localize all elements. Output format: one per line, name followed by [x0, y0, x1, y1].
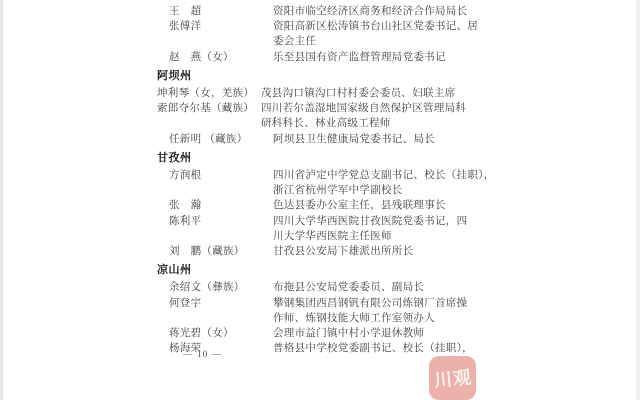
person-title: 普格县中学校党委副书记、校长（挂职）， — [273, 341, 505, 356]
person-title: 四川若尔盖湿地国家级自然保护区管理局科 研科科长、林业高级工程师 — [261, 101, 505, 131]
person-name: 何登宇 — [157, 296, 273, 311]
person-title: 布拖县公安局党委委员、副局长 — [273, 280, 505, 295]
person-name: 蒋光碧（女） — [157, 326, 273, 341]
person-title: 茂县沟口镇沟口村村委会委员、妇联主席 — [261, 86, 505, 101]
person-title: 资阳市临空经济区商务和经济合作局局长 — [273, 4, 505, 19]
entry-row: 何登宇 攀钢集团西昌钢钒有限公司炼钢厂首席操 作师、炼钢技能大师工作室领办人 — [157, 296, 505, 326]
entry-row: 蒋光碧（女） 会理市益门镇中村小学退休教师 — [157, 326, 505, 341]
person-title: 攀钢集团西昌钢钒有限公司炼钢厂首席操 作师、炼钢技能大师工作室领办人 — [273, 296, 505, 326]
entry-row: 王 超 资阳市临空经济区商务和经济合作局局长 — [157, 4, 505, 19]
person-name: 坤利琴（女，羌族） — [157, 86, 261, 101]
person-name: 索郎夺尔基（藏族） — [157, 101, 261, 116]
person-title: 色达县委办公室主任，县残联理事长 — [273, 198, 505, 213]
person-title: 乐至县国有资产监督管理局党委书记 — [273, 50, 505, 65]
person-name: 余绍文（彝族） — [157, 280, 273, 295]
person-name: 刘 鹏（藏族） — [157, 244, 273, 259]
person-name: 方润根 — [157, 168, 273, 183]
person-name: 王 超 — [157, 4, 273, 19]
person-name: 赵 燕（女） — [157, 50, 273, 65]
region-header-ganzi: 甘孜州 — [157, 151, 505, 166]
document-page: 王 超 资阳市临空经济区商务和经济合作局局长 张傅洋 资阳高新区松涛镇书台山社区… — [0, 0, 640, 400]
person-name: 陈利平 — [157, 214, 273, 229]
entry-row: 任新明 （藏族） 阿坝县卫生健康局党委书记、局长 — [157, 132, 505, 147]
person-title: 甘孜县公安局下雄派出所所长 — [273, 244, 505, 259]
entry-row: 陈利平 四川大学华西医院甘孜医院党委书记，四 川大学华西医院主任医师 — [157, 214, 505, 244]
person-name: 张 瀚 — [157, 198, 273, 213]
person-title: 会理市益门镇中村小学退休教师 — [273, 326, 505, 341]
page-number: — 10 — — [183, 350, 222, 360]
page-right-edge — [636, 0, 640, 400]
entry-row: 坤利琴（女，羌族） 茂县沟口镇沟口村村委会委员、妇联主席 — [157, 86, 505, 101]
person-title: 阿坝县卫生健康局党委书记、局长 — [273, 132, 505, 147]
page-left-edge — [0, 0, 3, 400]
entry-row: 余绍文（彝族） 布拖县公安局党委委员、副局长 — [157, 280, 505, 295]
person-name: 任新明 （藏族） — [157, 132, 273, 147]
entry-row: 方润根 四川省泸定中学党总支副书记、校长（挂职）， 浙江省杭州学军中学副校长 — [157, 168, 505, 198]
entry-row: 刘 鹏（藏族） 甘孜县公安局下雄派出所所长 — [157, 244, 505, 259]
region-header-liangshan: 凉山州 — [157, 263, 505, 278]
entry-row: 张 瀚 色达县委办公室主任，县残联理事长 — [157, 198, 505, 213]
person-name: 张傅洋 — [157, 19, 273, 34]
entry-row: 张傅洋 资阳高新区松涛镇书台山社区党委书记、居 委会主任 — [157, 19, 505, 49]
entry-row: 索郎夺尔基（藏族） 四川若尔盖湿地国家级自然保护区管理局科 研科科长、林业高级工… — [157, 101, 505, 131]
commendation-list: 王 超 资阳市临空经济区商务和经济合作局局长 张傅洋 资阳高新区松涛镇书台山社区… — [157, 4, 505, 356]
chuanguan-watermark-logo: 川观 — [429, 356, 476, 400]
region-header-aba: 阿坝州 — [157, 69, 505, 84]
person-title: 四川大学华西医院甘孜医院党委书记，四 川大学华西医院主任医师 — [273, 214, 505, 244]
entry-row: 赵 燕（女） 乐至县国有资产监督管理局党委书记 — [157, 50, 505, 65]
person-title: 四川省泸定中学党总支副书记、校长（挂职）， 浙江省杭州学军中学副校长 — [273, 168, 505, 198]
chuanguan-logo-text: 川观 — [432, 363, 473, 393]
person-title: 资阳高新区松涛镇书台山社区党委书记、居 委会主任 — [273, 19, 505, 49]
